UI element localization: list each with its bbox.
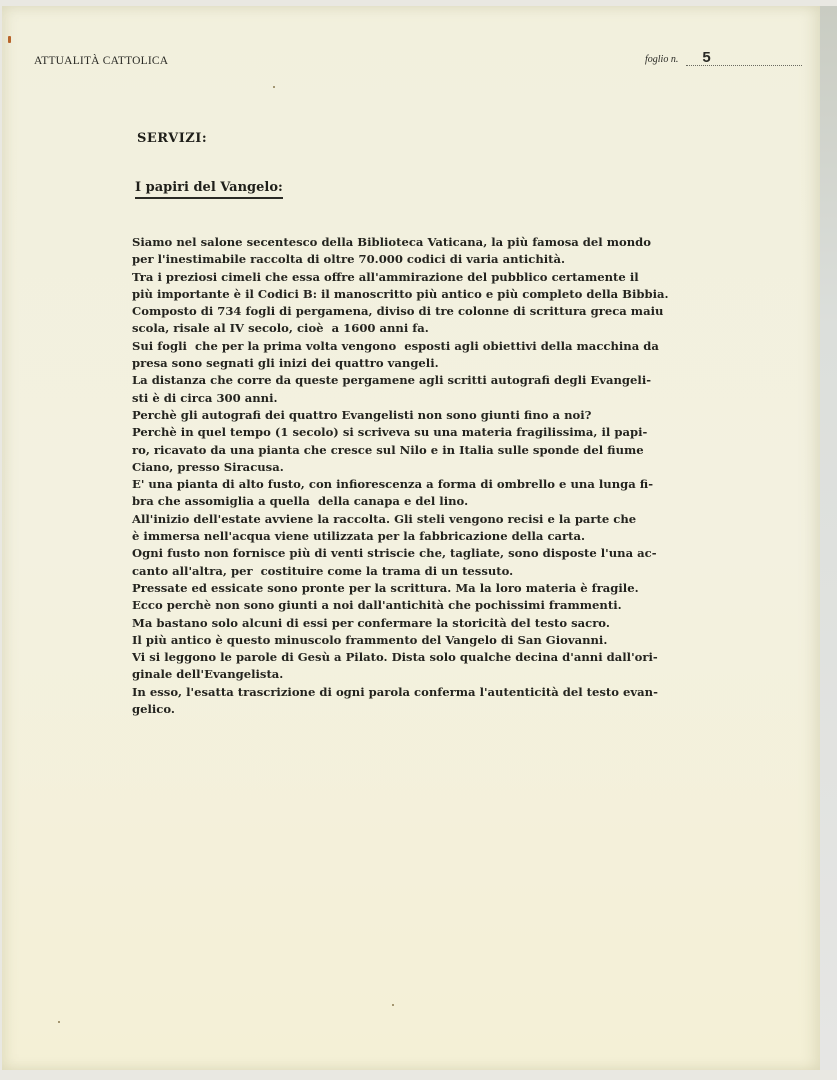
text-line: Ecco perchè non sono giunti a noi dall'a… [132,597,822,614]
text-line: In esso, l'esatta trascrizione di ogni p… [132,684,822,701]
folio-label: foglio n. [645,54,678,66]
text-line: sti è di circa 300 anni. [132,390,822,407]
article-title: I papiri del Vangelo: [135,180,283,199]
text-line: E' una pianta di alto fusto, con infiore… [132,476,822,493]
text-line: Composto di 734 fogli di pergamena, divi… [132,303,822,320]
text-line: All'inizio dell'estate avviene la raccol… [132,511,822,528]
text-line: Il più antico è questo minuscolo frammen… [132,632,822,649]
text-line: ro, ricavato da una pianta che cresce su… [132,442,822,459]
text-line: ginale dell'Evangelista. [132,666,822,683]
publication-header: ATTUALITÀ CATTOLICA [34,55,168,67]
folio-number: 5 [686,50,802,66]
folio-indicator: foglio n. 5 [645,50,802,66]
text-line: gelico. [132,701,822,718]
text-line: Perchè in quel tempo (1 secolo) si scriv… [132,424,822,441]
text-line: Tra i preziosi cimeli che essa offre all… [132,269,822,286]
scan-edge [820,6,837,1070]
section-title: SERVIZI: [137,131,207,146]
text-line: Pressate ed essicate sono pronte per la … [132,580,822,597]
margin-mark [8,36,11,43]
text-line: bra che assomiglia a quella della canapa… [132,493,822,510]
text-line: canto all'altra, per costituire come la … [132,563,822,580]
text-line: è immersa nell'acqua viene utilizzata pe… [132,528,822,545]
paper-speck [392,1004,394,1006]
text-line: La distanza che corre da queste pergamen… [132,372,822,389]
text-line: Ogni fusto non fornisce più di venti str… [132,545,822,562]
text-line: scola, risale al IV secolo, cioè a 1600 … [132,320,822,337]
text-line: Perchè gli autografi dei quattro Evangel… [132,407,822,424]
text-line: Vi si leggono le parole di Gesù a Pilato… [132,649,822,666]
paper-speck [273,86,275,88]
article-body: Siamo nel salone secentesco della Biblio… [132,234,822,718]
text-line: Siamo nel salone secentesco della Biblio… [132,234,822,251]
text-line: più importante è il Codici B: il manoscr… [132,286,822,303]
text-line: Sui fogli che per la prima volta vengono… [132,338,822,355]
text-line: per l'inestimabile raccolta di oltre 70.… [132,251,822,268]
text-line: presa sono segnati gli inizi dei quattro… [132,355,822,372]
paper-speck [58,1021,60,1023]
text-line: Ciano, presso Siracusa. [132,459,822,476]
text-line: Ma bastano solo alcuni di essi per confe… [132,615,822,632]
